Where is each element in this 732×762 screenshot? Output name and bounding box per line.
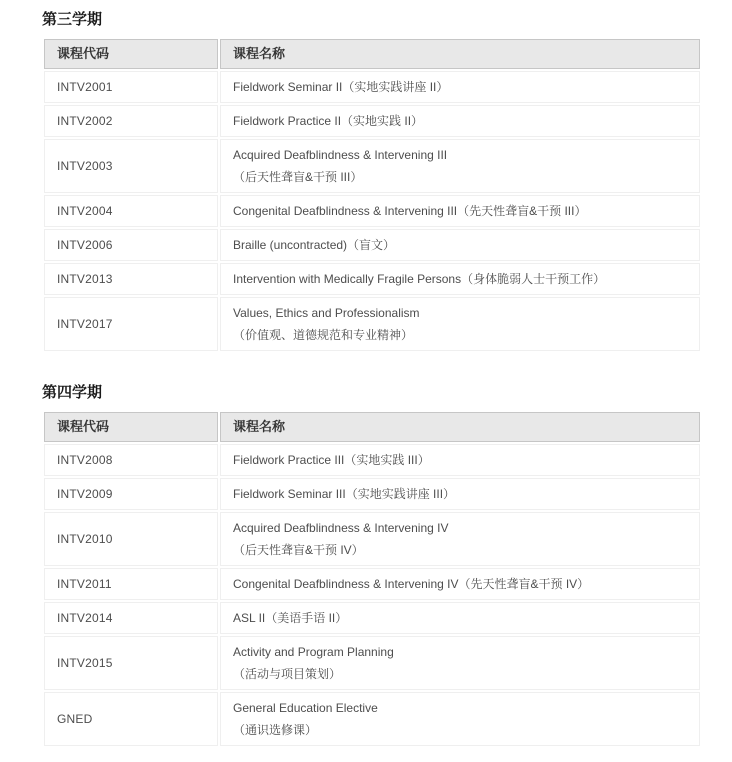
course-table: 课程代码 课程名称 INTV2008Fieldwork Practice III…	[42, 410, 702, 748]
course-code-cell: GNED	[44, 692, 218, 746]
semester-section-fourth: 第四学期 课程代码 课程名称 INTV2008Fieldwork Practic…	[42, 381, 702, 748]
course-code-cell: INTV2002	[44, 105, 218, 137]
course-code-cell: INTV2010	[44, 512, 218, 566]
course-name-cell: Fieldwork Seminar III（实地实践讲座 III）	[220, 478, 700, 510]
course-name-line: （活动与项目策划）	[233, 663, 687, 685]
table-row: INTV2002Fieldwork Practice II（实地实践 II）	[44, 105, 700, 137]
column-header-course-code: 课程代码	[44, 39, 218, 69]
course-name-cell: Fieldwork Seminar II（实地实践讲座 II）	[220, 71, 700, 103]
course-name-line: Values, Ethics and Professionalism	[233, 302, 687, 324]
table-row: INTV2014ASL II（美语手语 II）	[44, 602, 700, 634]
table-row: INTV2004Congenital Deafblindness & Inter…	[44, 195, 700, 227]
section-title: 第三学期	[42, 8, 702, 29]
table-row: INTV2017Values, Ethics and Professionali…	[44, 297, 700, 351]
course-code-cell: INTV2003	[44, 139, 218, 193]
course-name-line: Congenital Deafblindness & Intervening I…	[233, 573, 687, 595]
column-header-course-code: 课程代码	[44, 412, 218, 442]
course-name-line: Fieldwork Practice II（实地实践 II）	[233, 110, 687, 132]
course-code-cell: INTV2001	[44, 71, 218, 103]
table-row: GNEDGeneral Education Elective（通识选修课）	[44, 692, 700, 746]
table-row: INTV2006Braille (uncontracted)（盲文）	[44, 229, 700, 261]
course-code-cell: INTV2004	[44, 195, 218, 227]
section-title: 第四学期	[42, 381, 702, 402]
column-header-course-name: 课程名称	[220, 39, 700, 69]
table-row: INTV2001Fieldwork Seminar II（实地实践讲座 II）	[44, 71, 700, 103]
course-code-cell: INTV2014	[44, 602, 218, 634]
table-row: INTV2009Fieldwork Seminar III（实地实践讲座 III…	[44, 478, 700, 510]
table-row: INTV2013Intervention with Medically Frag…	[44, 263, 700, 295]
course-name-cell: Intervention with Medically Fragile Pers…	[220, 263, 700, 295]
course-name-line: Intervention with Medically Fragile Pers…	[233, 268, 687, 290]
course-name-line: Congenital Deafblindness & Intervening I…	[233, 200, 687, 222]
table-row: INTV2011Congenital Deafblindness & Inter…	[44, 568, 700, 600]
course-name-cell: Activity and Program Planning（活动与项目策划）	[220, 636, 700, 690]
course-code-cell: INTV2017	[44, 297, 218, 351]
course-name-line: （通识选修课）	[233, 719, 687, 741]
table-row: INTV2015Activity and Program Planning（活动…	[44, 636, 700, 690]
course-name-line: Acquired Deafblindness & Intervening III	[233, 144, 687, 166]
course-name-cell: Fieldwork Practice II（实地实践 II）	[220, 105, 700, 137]
course-name-line: （价值观、道德规范和专业精神）	[233, 324, 687, 346]
course-name-line: Fieldwork Practice III（实地实践 III）	[233, 449, 687, 471]
course-schedule-page: 第三学期 课程代码 课程名称 INTV2001Fieldwork Seminar…	[0, 0, 732, 762]
course-code-cell: INTV2015	[44, 636, 218, 690]
course-name-cell: Congenital Deafblindness & Intervening I…	[220, 568, 700, 600]
course-table: 课程代码 课程名称 INTV2001Fieldwork Seminar II（实…	[42, 37, 702, 353]
course-name-line: （后天性聋盲&干预 III）	[233, 166, 687, 188]
course-code-cell: INTV2009	[44, 478, 218, 510]
course-name-cell: Acquired Deafblindness & Intervening III…	[220, 139, 700, 193]
course-name-line: Acquired Deafblindness & Intervening IV	[233, 517, 687, 539]
course-name-cell: Acquired Deafblindness & Intervening IV（…	[220, 512, 700, 566]
table-row: INTV2008Fieldwork Practice III（实地实践 III）	[44, 444, 700, 476]
header-row: 课程代码 课程名称	[44, 412, 700, 442]
course-table-header: 课程代码 课程名称	[44, 412, 700, 442]
header-row: 课程代码 课程名称	[44, 39, 700, 69]
course-name-line: Activity and Program Planning	[233, 641, 687, 663]
course-name-line: Braille (uncontracted)（盲文）	[233, 234, 687, 256]
course-name-line: Fieldwork Seminar III（实地实践讲座 III）	[233, 483, 687, 505]
course-name-cell: Braille (uncontracted)（盲文）	[220, 229, 700, 261]
course-code-cell: INTV2011	[44, 568, 218, 600]
column-header-course-name: 课程名称	[220, 412, 700, 442]
course-name-cell: Congenital Deafblindness & Intervening I…	[220, 195, 700, 227]
course-name-line: （后天性聋盲&干预 IV）	[233, 539, 687, 561]
course-name-cell: General Education Elective（通识选修课）	[220, 692, 700, 746]
course-code-cell: INTV2008	[44, 444, 218, 476]
table-row: INTV2010Acquired Deafblindness & Interve…	[44, 512, 700, 566]
course-table-header: 课程代码 课程名称	[44, 39, 700, 69]
course-code-cell: INTV2006	[44, 229, 218, 261]
course-name-cell: Fieldwork Practice III（实地实践 III）	[220, 444, 700, 476]
course-name-cell: Values, Ethics and Professionalism（价值观、道…	[220, 297, 700, 351]
course-name-line: Fieldwork Seminar II（实地实践讲座 II）	[233, 76, 687, 98]
semester-section-third: 第三学期 课程代码 课程名称 INTV2001Fieldwork Seminar…	[42, 8, 702, 353]
table-row: INTV2003Acquired Deafblindness & Interve…	[44, 139, 700, 193]
course-name-line: ASL II（美语手语 II）	[233, 607, 687, 629]
course-code-cell: INTV2013	[44, 263, 218, 295]
course-table-body: INTV2008Fieldwork Practice III（实地实践 III）…	[44, 444, 700, 746]
course-table-body: INTV2001Fieldwork Seminar II（实地实践讲座 II）I…	[44, 71, 700, 351]
course-name-line: General Education Elective	[233, 697, 687, 719]
course-name-cell: ASL II（美语手语 II）	[220, 602, 700, 634]
